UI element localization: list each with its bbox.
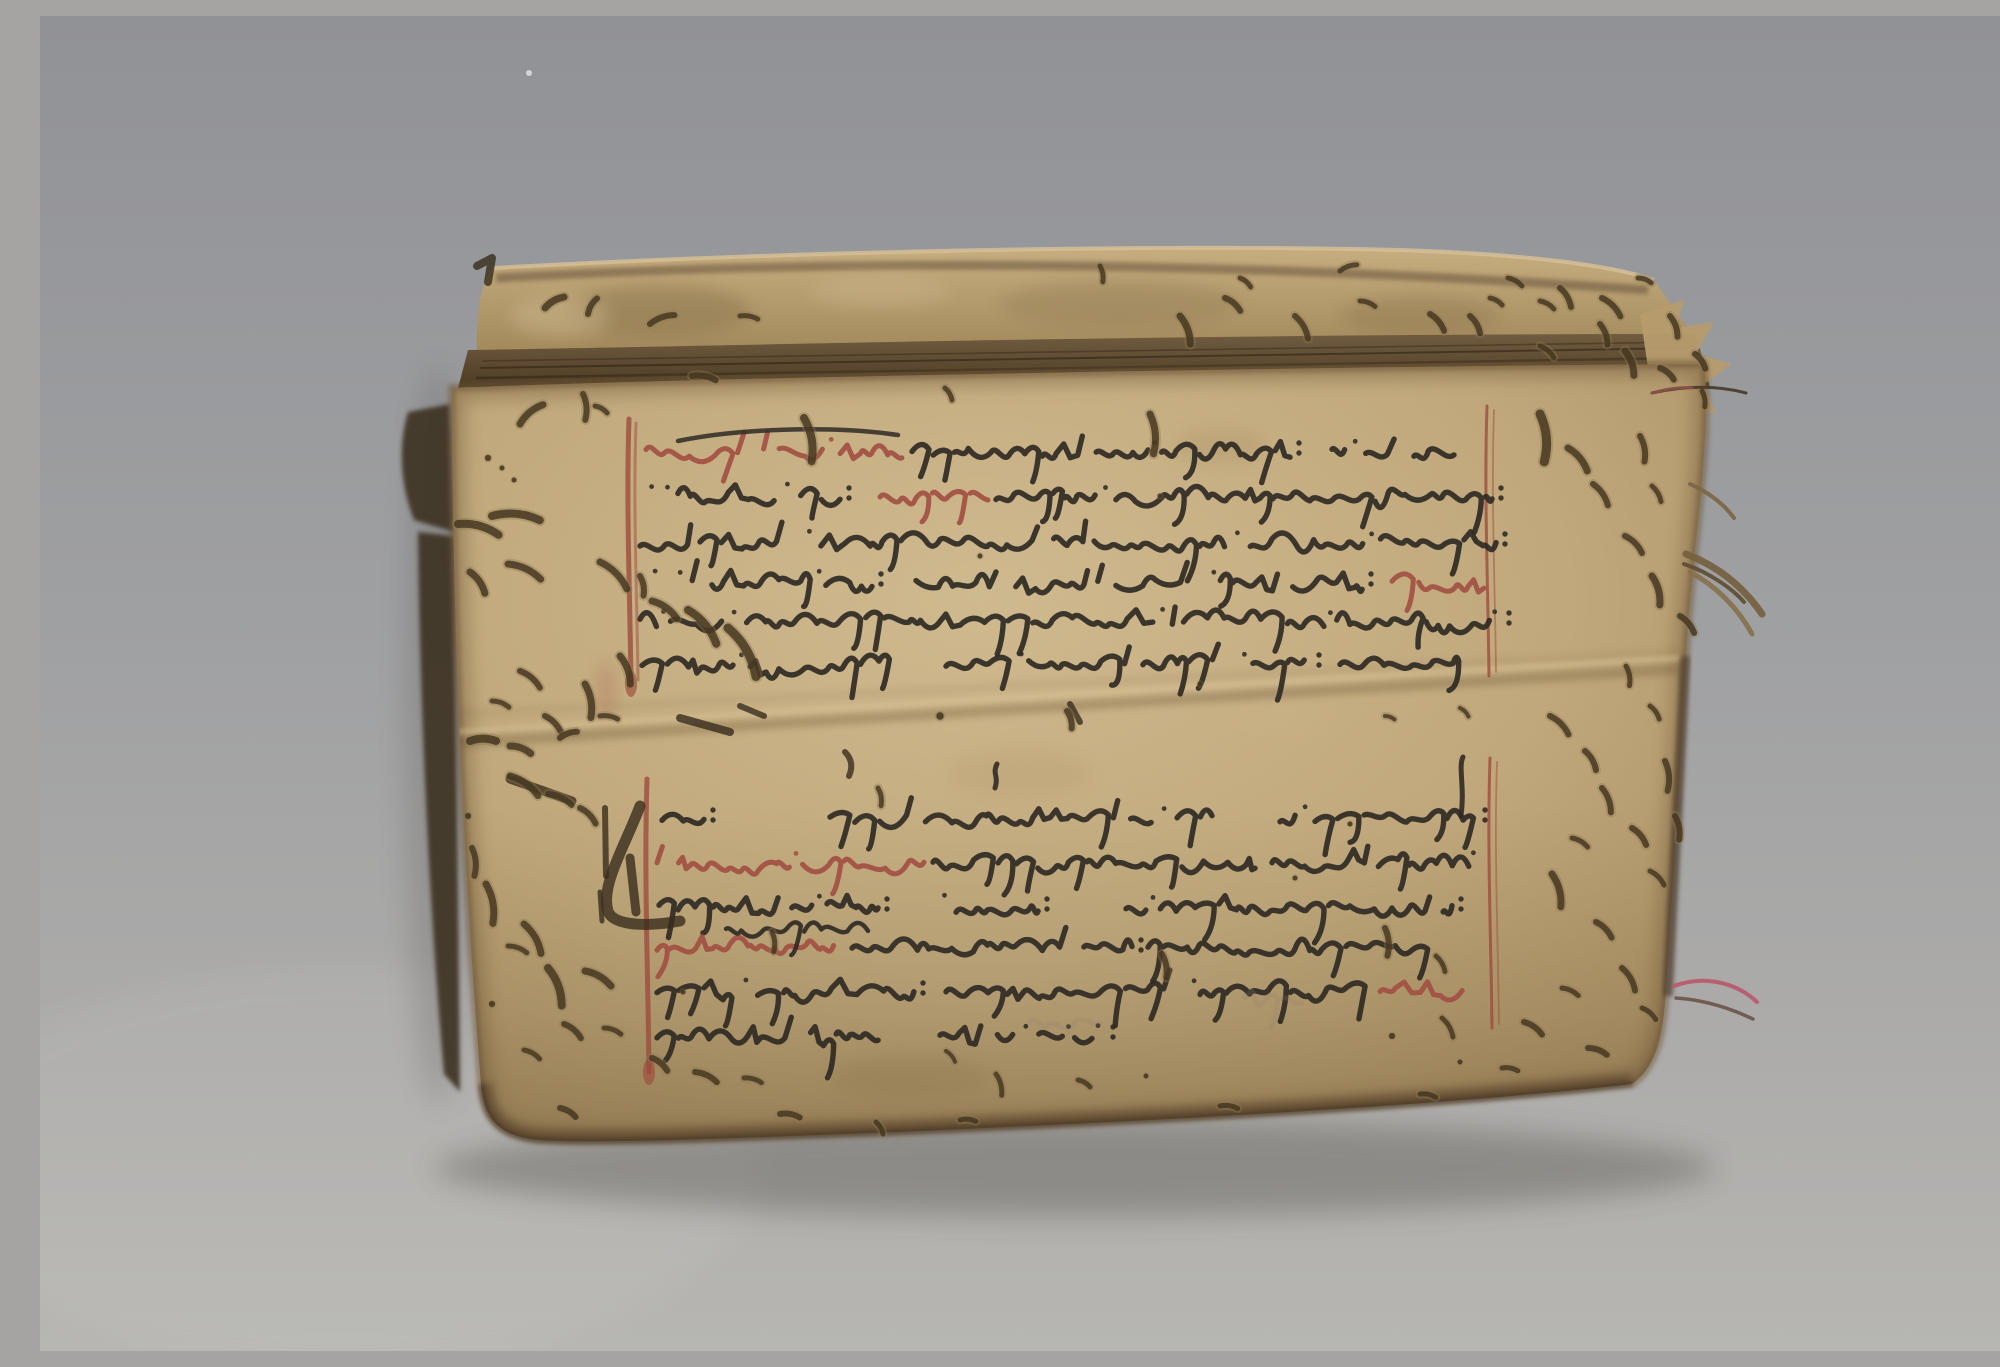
worm-hole [681, 990, 686, 995]
end-mark-dot [884, 896, 889, 901]
tsheg-dot [1328, 610, 1333, 615]
ink-smudge [605, 808, 606, 876]
end-mark-dot [1506, 610, 1511, 615]
end-mark-dot [846, 495, 851, 500]
tsheg-dot [794, 851, 799, 856]
end-mark-dot [710, 817, 715, 822]
end-mark-dot [1138, 947, 1143, 952]
tsheg-dot [1023, 1024, 1028, 1029]
tsheg-dot [817, 569, 822, 574]
worm-trail [960, 1119, 976, 1121]
tsheg-dot [807, 529, 812, 534]
worm-trail [1220, 1105, 1238, 1108]
worm-hole [1144, 1074, 1149, 1079]
end-mark-dot [1458, 906, 1463, 911]
tsheg-dot [732, 610, 737, 615]
end-mark-dot [1498, 495, 1503, 500]
tsheg-dot [1019, 652, 1024, 657]
flap-blotch [1000, 280, 1240, 328]
end-mark-dot [1502, 541, 1507, 546]
tsheg-dot [1151, 895, 1156, 900]
tsheg-dot [1211, 570, 1216, 575]
worm-trail [583, 394, 587, 420]
tsheg-dot [649, 484, 654, 489]
tsheg-dot [1303, 804, 1308, 809]
ascender-flourish [995, 764, 997, 788]
worm-hole [489, 1001, 495, 1007]
paper-stain [1228, 698, 1332, 738]
end-mark-dot [1316, 652, 1321, 657]
end-mark-dot [1506, 620, 1511, 625]
worm-trail [470, 739, 496, 741]
end-mark-dot [1044, 896, 1049, 901]
tsheg-dot [744, 978, 749, 983]
manuscript-photo: Photograph of an aged Tibetan manuscript… [40, 16, 2000, 1351]
end-mark-dot [1044, 906, 1049, 911]
tsheg-dot [1235, 530, 1240, 535]
worm-hole [465, 813, 471, 819]
worm-hole [1293, 876, 1298, 881]
end-mark-dot [1458, 896, 1463, 901]
end-mark-dot [710, 807, 715, 812]
tsheg-dot [678, 570, 683, 575]
end-mark-dot [1316, 662, 1321, 667]
end-mark-dot [1482, 817, 1487, 822]
tsheg-dot [1369, 532, 1374, 537]
end-mark-dot [878, 581, 883, 586]
tsheg-dot [1192, 978, 1197, 983]
paper-shading [440, 364, 1730, 1156]
dust-speck [526, 70, 532, 76]
flap-blotch [810, 275, 950, 307]
worm-hole [936, 712, 943, 719]
end-mark-dot [846, 485, 851, 490]
end-mark-dot [1110, 1024, 1115, 1029]
tsheg-dot [1103, 485, 1108, 490]
worm-trail [772, 932, 775, 952]
end-mark-dot [1296, 450, 1301, 455]
end-mark-dot [1368, 571, 1373, 576]
tsheg-dot [829, 437, 834, 442]
end-mark-dot [1482, 807, 1487, 812]
worm-hole [512, 478, 517, 483]
photo-canvas [40, 16, 2000, 1351]
ascender-flourish [1461, 757, 1463, 816]
paper-stain [830, 1056, 990, 1100]
worm-hole [978, 554, 983, 559]
manuscript-book [402, 248, 1732, 1156]
end-mark-dot [878, 571, 883, 576]
end-mark-dot [1138, 937, 1143, 942]
end-mark-dot [1502, 531, 1507, 536]
tsheg-dot [942, 893, 947, 898]
paper-stain [948, 750, 1092, 798]
worm-hole [1458, 1060, 1463, 1065]
end-mark-dot [884, 906, 889, 911]
end-mark-dot [1296, 440, 1301, 445]
tsheg-dot [1353, 439, 1358, 444]
tsheg-dot [1471, 850, 1476, 855]
end-mark-dot [920, 980, 925, 985]
open-pages [440, 364, 1730, 1156]
worm-hole [500, 466, 505, 471]
tsheg-dot [1162, 806, 1167, 811]
tsheg-dot [785, 482, 790, 487]
ink-smudge [600, 892, 602, 921]
end-mark-dot [1110, 1034, 1115, 1039]
end-mark-dot [920, 990, 925, 995]
tsheg-dot [665, 485, 670, 490]
tsheg-dot [1242, 652, 1247, 657]
worm-hole [1198, 682, 1203, 687]
tsheg-dot [1492, 609, 1497, 614]
ink-smudge [630, 858, 636, 912]
worm-hole [1348, 822, 1353, 827]
worm-hole [1389, 1033, 1395, 1039]
tsheg-dot [1160, 607, 1165, 612]
tsheg-dot [653, 569, 658, 574]
end-mark-dot [1498, 485, 1503, 490]
worm-hole [1158, 494, 1163, 499]
end-mark-dot [1368, 581, 1373, 586]
tsheg-dot [817, 894, 822, 899]
worm-hole [485, 455, 491, 461]
